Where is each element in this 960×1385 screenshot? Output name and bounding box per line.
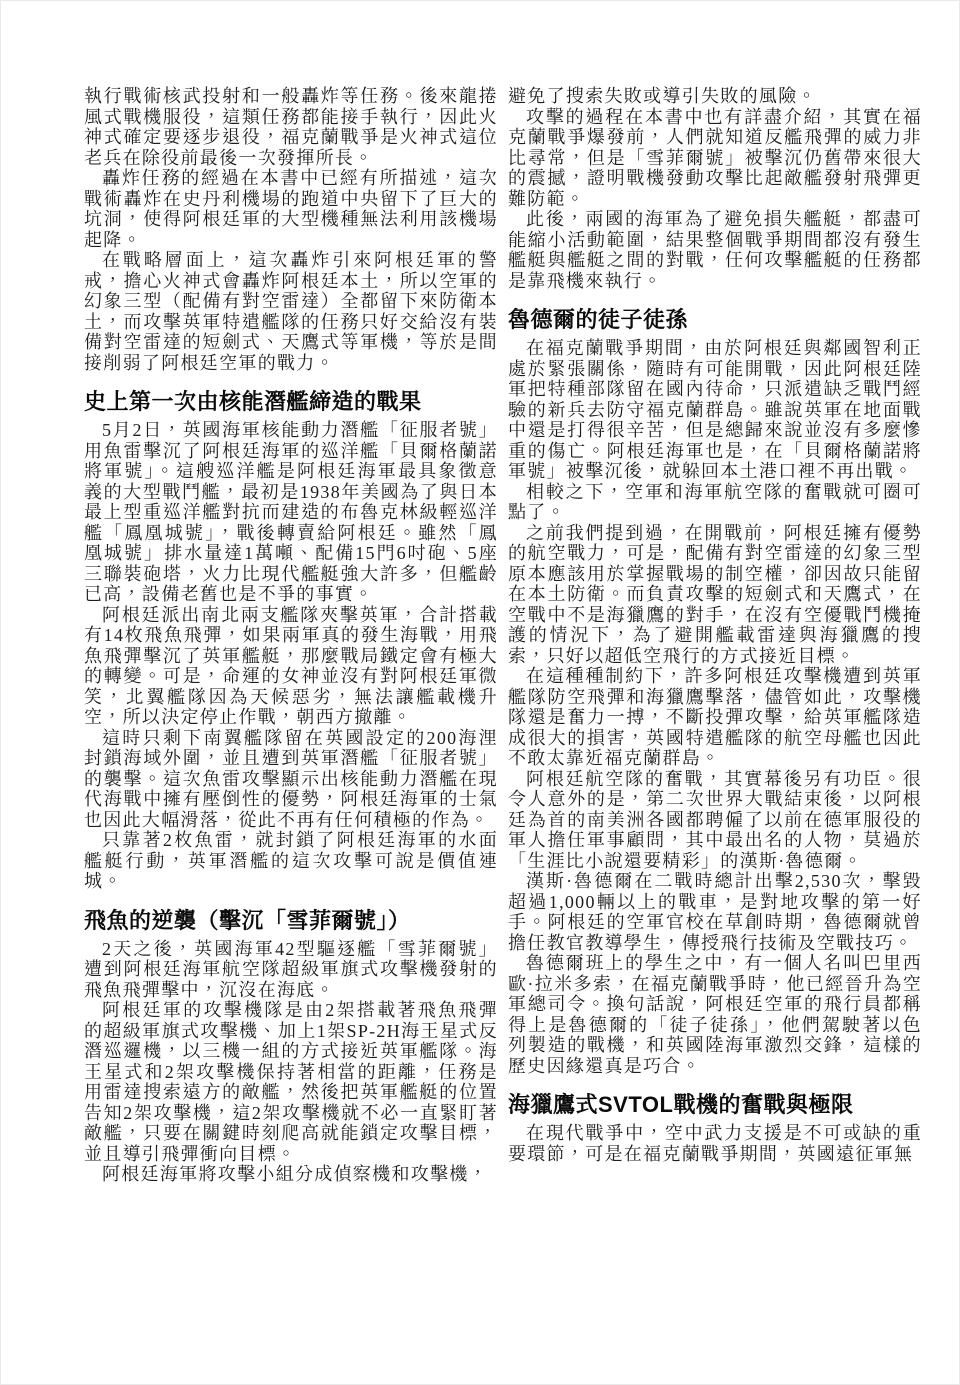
paragraph: 在戰略層面上，這次轟炸引來阿根廷軍的警戒，擔心火神式會轟炸阿根廷本土，所以空軍的… <box>84 250 498 373</box>
paragraph: 漢斯·魯德爾在二戰時總計出擊2,530次，擊毀超過1,000輛以上的戰車，是對地… <box>508 871 922 953</box>
paragraph: 攻擊的過程在本書中也有詳盡介紹，其實在福克蘭戰爭爆發前，人們就知道反艦飛彈的威力… <box>508 107 922 210</box>
paragraph: 相較之下，空軍和海軍航空隊的奮戰就可圈可點了。 <box>508 482 922 523</box>
paragraph: 執行戰術核武投射和一般轟炸等任務。後來龍捲風式戰機服役，這類任務都能接手執行，因… <box>84 86 498 168</box>
paragraph: 只靠著2枚魚雷，就封鎖了阿根廷海軍的水面艦艇行動，英軍潛艦的這次攻擊可說是價值連… <box>84 830 498 892</box>
paragraph: 阿根廷軍的攻擊機隊是由2架搭載著飛魚飛彈的超級軍旗式攻擊機、加上1架SP-2H海… <box>84 1000 498 1164</box>
paragraph: 避免了搜索失敗或導引失敗的風險。 <box>508 86 922 107</box>
section-heading: 飛魚的逆襲（擊沉「雪菲爾號」） <box>84 907 498 934</box>
paragraph: 阿根廷海軍將攻擊小組分成偵察機和攻擊機， <box>84 1164 498 1185</box>
paragraph: 阿根廷派出南北兩支艦隊夾擊英軍，合計搭載有14枚飛魚飛彈，如果兩軍真的發生海戰，… <box>84 605 498 728</box>
book-page: 執行戰術核武投射和一般轟炸等任務。後來龍捲風式戰機服役，這類任務都能接手執行，因… <box>0 0 960 1385</box>
page-body: 執行戰術核武投射和一般轟炸等任務。後來龍捲風式戰機服役，這類任務都能接手執行，因… <box>0 0 960 1185</box>
paragraph: 在這種種制約下，許多阿根廷攻擊機遭到英軍艦隊防空飛彈和海獵鷹擊落，儘管如此，攻擊… <box>508 666 922 769</box>
paragraph: 阿根廷航空隊的奮戰，其實幕後另有功臣。很令人意外的是，第二次世界大戰結束後，以阿… <box>508 769 922 872</box>
text-column-left: 執行戰術核武投射和一般轟炸等任務。後來龍捲風式戰機服役，這類任務都能接手執行，因… <box>84 86 498 1185</box>
text-column-right: 避免了搜索失敗或導引失敗的風險。攻擊的過程在本書中也有詳盡介紹，其實在福克蘭戰爭… <box>508 86 922 1185</box>
paragraph: 此後，兩國的海軍為了避免損失艦艇，都盡可能縮小活動範圍，結果整個戰爭期間都沒有發… <box>508 209 922 291</box>
section-heading: 史上第一次由核能潛艦締造的戰果 <box>84 388 498 415</box>
paragraph: 魯德爾班上的學生之中，有一個人名叫巴里西歐·拉米多索，在福克蘭戰爭時，他已經晉升… <box>508 953 922 1076</box>
paragraph: 在現代戰爭中，空中武力支援是不可或缺的重要環節，可是在福克蘭戰爭期間，英國遠征軍… <box>508 1123 922 1164</box>
paragraph: 之前我們提到過，在開戰前，阿根廷擁有優勢的航空戰力，可是，配備有對空雷達的幻象三… <box>508 523 922 667</box>
paragraph: 2天之後，英國海軍42型驅逐艦「雪菲爾號」遭到阿根廷海軍航空隊超級軍旗式攻擊機發… <box>84 939 498 1001</box>
paragraph: 這時只剩下南翼艦隊留在英國設定的200海浬封鎖海域外圍，並且遭到英軍潛艦「征服者… <box>84 728 498 831</box>
paragraph: 5月2日，英國海軍核能動力潛艦「征服者號」用魚雷擊沉了阿根廷海軍的巡洋艦「貝爾格… <box>84 420 498 605</box>
section-heading: 海獵鷹式SVTOL戰機的奮戰與極限 <box>508 1091 922 1118</box>
paragraph: 轟炸任務的經過在本書中已經有所描述，這次戰術轟炸在史丹利機場的跑道中央留下了巨大… <box>84 168 498 250</box>
paragraph: 在福克蘭戰爭期間，由於阿根廷與鄰國智利正處於緊張關係，隨時有可能開戰，因此阿根廷… <box>508 338 922 482</box>
section-heading: 魯德爾的徒子徒孫 <box>508 306 922 333</box>
